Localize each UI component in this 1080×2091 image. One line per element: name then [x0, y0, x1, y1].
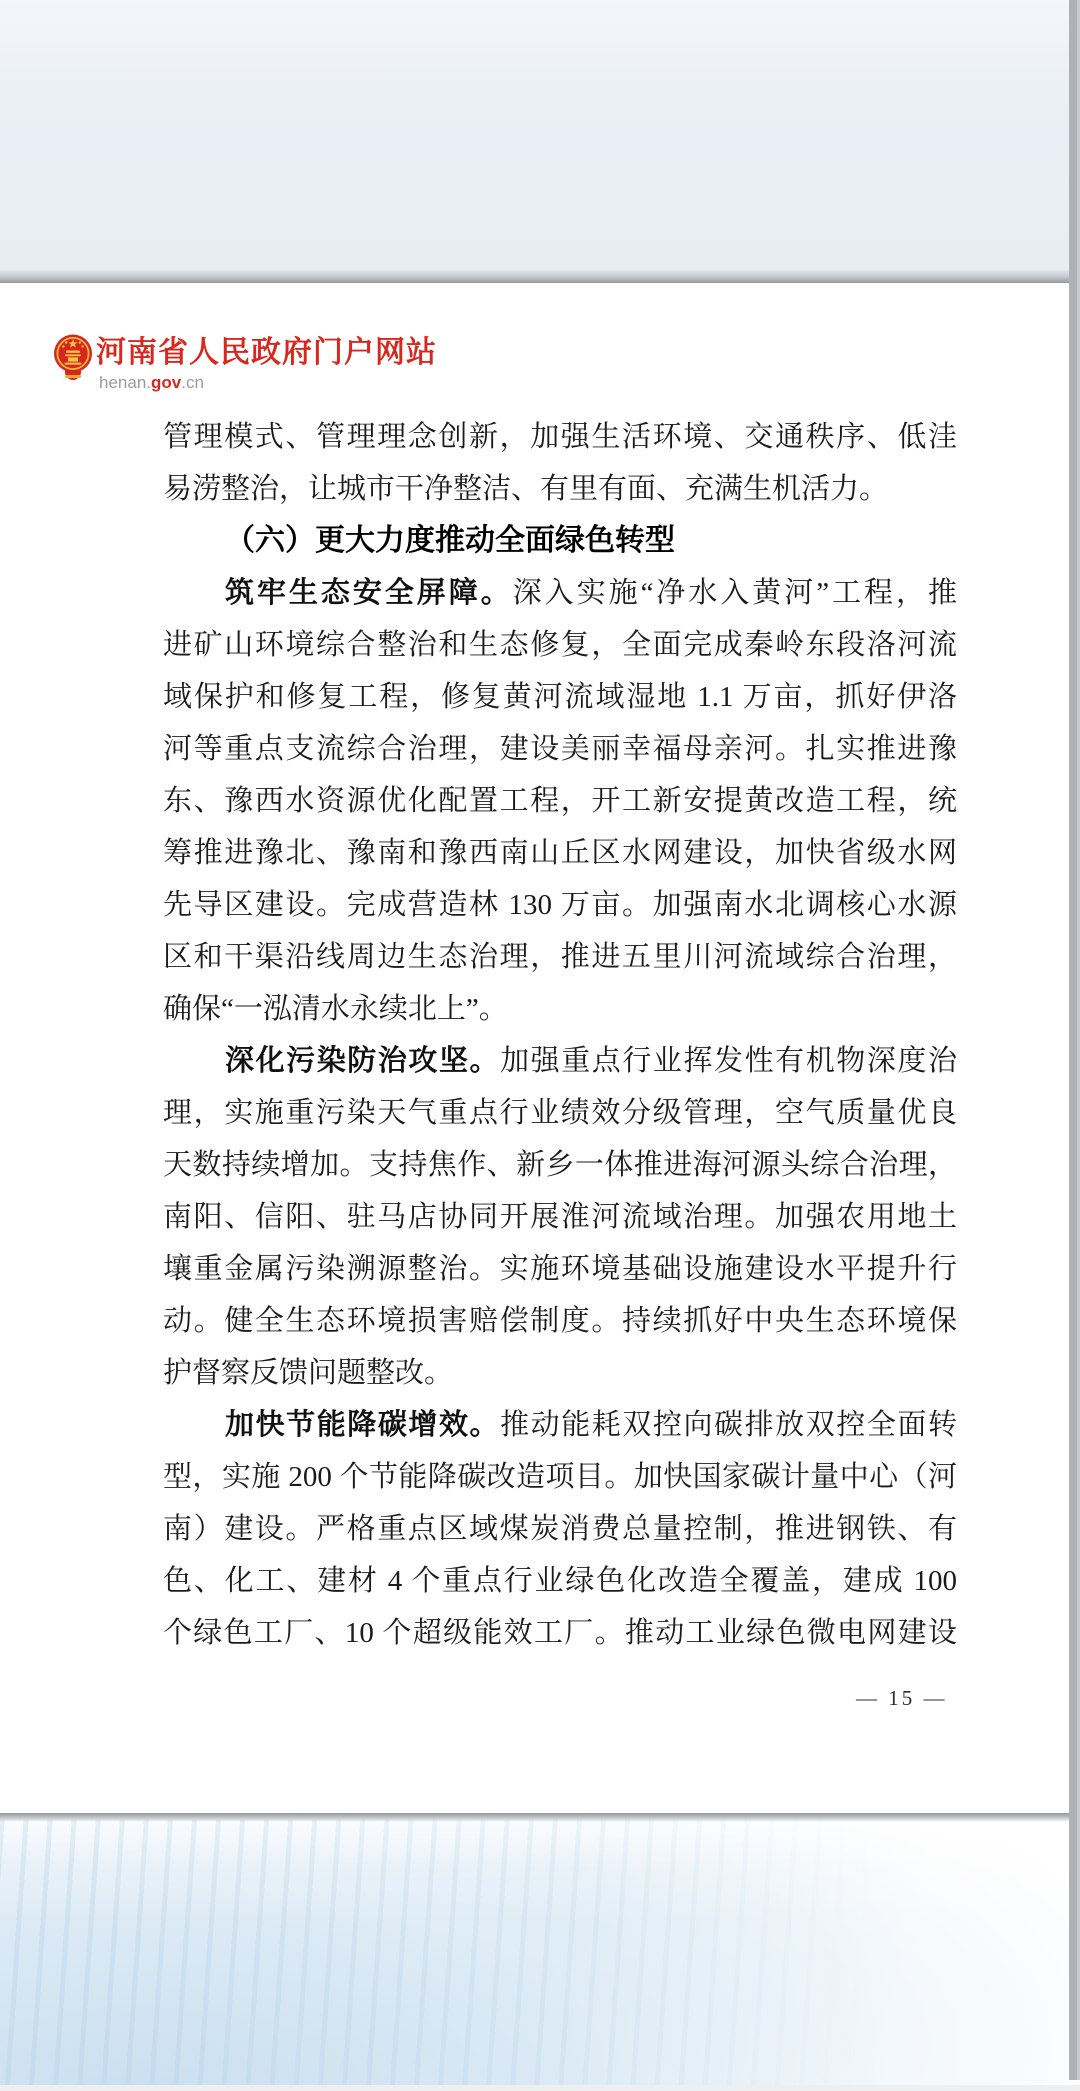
document-line: 动。健全生态环境损害赔偿制度。持续抓好中央生态环境保: [163, 1295, 957, 1347]
document-line: 易涝整治，让城市干净整洁、有里有面、充满生机活力。: [163, 463, 957, 515]
document-line: 壤重金属污染溯源整治。实施环境基础设施建设水平提升行: [163, 1243, 957, 1295]
paragraph-lead: 加快节能降碳增效。: [225, 1409, 500, 1441]
national-emblem-icon: [53, 333, 93, 383]
document-body: 管理模式、管理理念创新，加强生活环境、交通秩序、低洼易涝整治，让城市干净整洁、有…: [163, 411, 957, 1659]
site-domain: henan.gov.cn: [99, 373, 204, 393]
document-line: 管理模式、管理理念创新，加强生活环境、交通秩序、低洼: [163, 411, 957, 463]
site-logo: [53, 333, 93, 383]
domain-gov: gov: [151, 373, 181, 392]
document-line: 域保护和修复工程，修复黄河流域湿地 1.1 万亩，抓好伊洛: [163, 671, 957, 723]
viewer-right-gutter: [1069, 0, 1080, 2080]
document-line: 南）建设。严格重点区域煤炭消费总量控制，推进钢铁、有: [163, 1503, 957, 1555]
document-line: 确保“一泓清水永续北上”。: [163, 983, 957, 1035]
document-line: 型，实施 200 个节能降碳改造项目。加快国家碳计量中心（河: [163, 1451, 957, 1503]
document-line: 护督察反馈问题整改。: [163, 1347, 957, 1399]
document-line: 天数持续增加。支持焦作、新乡一体推进海河源头综合治理，: [163, 1139, 957, 1191]
document-line: 区和干渠沿线周边生态治理，推进五里川河流域综合治理，: [163, 931, 957, 983]
document-line: 个绿色工厂、10 个超级能效工厂。推动工业绿色微电网建设: [163, 1607, 957, 1659]
document-line: 进矿山环境综合整治和生态修复，全面完成秦岭东段洛河流: [163, 619, 957, 671]
watercolor-streaks: [0, 1813, 1069, 2085]
document-line: 先导区建设。完成营造林 130 万亩。加强南水北调核心水源: [163, 879, 957, 931]
document-page: 河南省人民政府门户网站 henan.gov.cn 管理模式、管理理念创新，加强生…: [0, 283, 1069, 1813]
page-number: — 15 —: [856, 1683, 948, 1713]
page-edge-shadow-top: [0, 270, 1069, 283]
document-line: 筑牢生态安全屏障。深入实施“净水入黄河”工程，推: [163, 567, 957, 619]
domain-prefix: henan.: [99, 373, 151, 392]
document-line: 河等重点支流综合治理，建设美丽幸福母亲河。扎实推进豫: [163, 723, 957, 775]
paragraph-lead: 深化污染防治攻坚。: [225, 1045, 500, 1077]
site-title: 河南省人民政府门户网站: [96, 335, 437, 371]
document-line: 深化污染防治攻坚。加强重点行业挥发性有机物深度治: [163, 1035, 957, 1087]
document-line: 东、豫西水资源优化配置工程，开工新安提黄改造工程，统: [163, 775, 957, 827]
page-edge-shadow-bottom: [0, 1813, 1069, 1822]
previous-page-bottom: [0, 0, 1069, 270]
document-line: 筹推进豫北、豫南和豫西南山丘区水网建设，加快省级水网: [163, 827, 957, 879]
next-page-preview: [0, 1813, 1069, 2085]
viewer-bottom-band: [0, 2085, 1080, 2091]
paragraph-lead: 筑牢生态安全屏障。: [225, 577, 513, 609]
document-line: 南阳、信阳、驻马店协同开展淮河流域治理。加强农用地土: [163, 1191, 957, 1243]
document-line: 理，实施重污染天气重点行业绩效分级管理，空气质量优良: [163, 1087, 957, 1139]
document-line: 加快节能降碳增效。推动能耗双控向碳排放双控全面转: [163, 1399, 957, 1451]
document-line: 色、化工、建材 4 个重点行业绿色化改造全覆盖，建成 100: [163, 1555, 957, 1607]
section-heading: （六）更大力度推动全面绿色转型: [163, 515, 957, 567]
document-viewer: 河南省人民政府门户网站 henan.gov.cn 管理模式、管理理念创新，加强生…: [0, 0, 1080, 2091]
domain-suffix: .cn: [181, 373, 204, 392]
